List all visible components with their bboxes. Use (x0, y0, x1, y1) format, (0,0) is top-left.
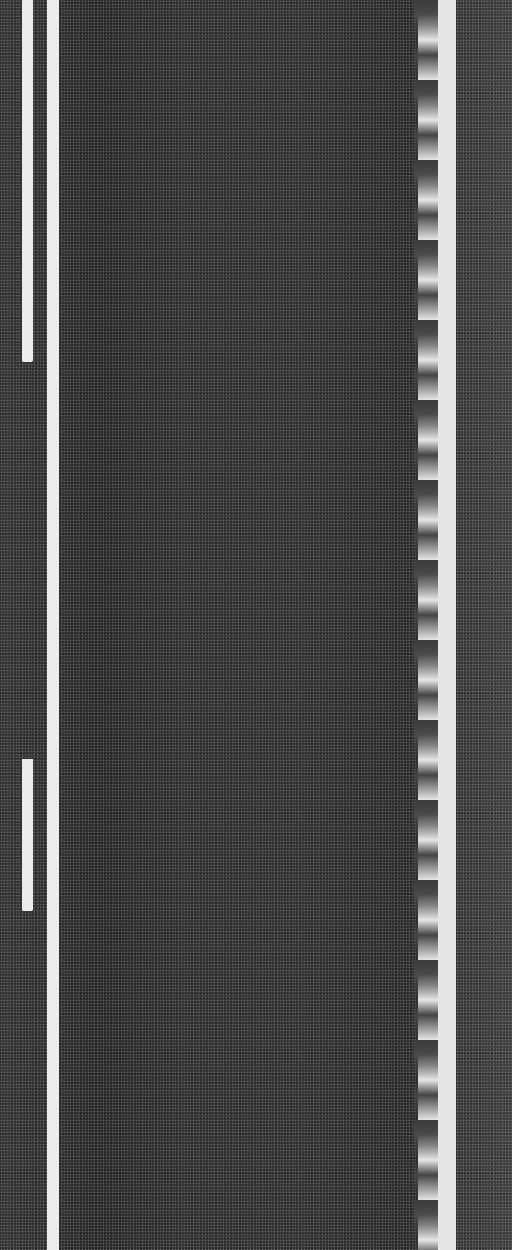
solid-lane-marking (47, 0, 59, 1250)
dashed-lane-marking (22, 759, 33, 911)
marking-wear-pattern (414, 0, 438, 1250)
asphalt-road-surface (0, 0, 512, 1250)
dashed-lane-marking (22, 0, 33, 362)
